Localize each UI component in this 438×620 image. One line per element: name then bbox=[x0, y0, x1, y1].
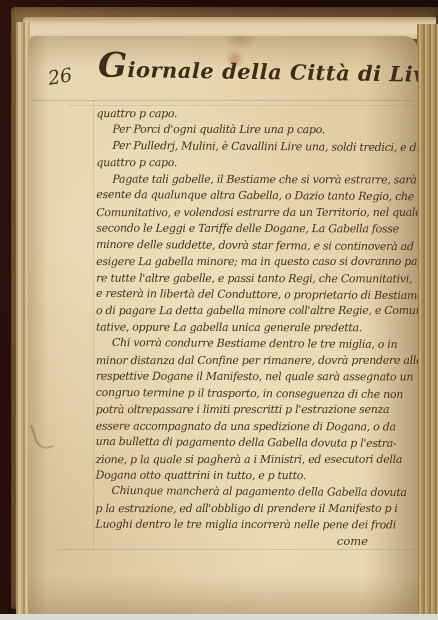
manuscript-line: una bulletta di pagamento della Gabella … bbox=[96, 434, 412, 453]
manuscript-line: secondo le Leggi e Tariffe delle Dogane,… bbox=[96, 221, 412, 238]
catchword: come bbox=[96, 534, 368, 548]
manuscript-line: essere accompagnato da una spedizione di… bbox=[96, 418, 412, 435]
manuscript-line: Per Porci d'ogni qualità Lire una p capo… bbox=[96, 122, 412, 139]
manuscript-line: Pagate tali gabelle, il Bestiame che si … bbox=[96, 171, 412, 188]
manuscript-line: p la estrazione, ed all'obbligo di prend… bbox=[95, 501, 411, 518]
page-title: Giornale della Città di Livorno bbox=[98, 46, 417, 91]
margin-ink-mark bbox=[30, 420, 54, 452]
folio-number: 26 bbox=[46, 64, 73, 90]
manuscript-line: Comunitativo, e volendosi estrarre da un… bbox=[96, 205, 412, 222]
photo-bottom-strip bbox=[0, 614, 438, 620]
manuscript-line: re tutte l'altre gabelle, e passi tanto … bbox=[96, 270, 412, 287]
manuscript-line: o di pagare La detta gabella minore coll… bbox=[96, 303, 412, 320]
manuscript-line: minore delle suddette, dovrà star ferma,… bbox=[96, 237, 412, 256]
manuscript-line: respettive Dogane il Manifesto, nel qual… bbox=[96, 369, 412, 386]
title-rule-line bbox=[32, 100, 414, 101]
manuscript-line: minor distanza dal Confine per rimanere,… bbox=[96, 353, 412, 370]
manuscript-line: esigere La gabella minore; ma in questo … bbox=[96, 254, 412, 271]
manuscript-photo: 26 Giornale della Città di Livorno quatt… bbox=[0, 0, 438, 620]
manuscript-line: tative, oppure La gabella unica generale… bbox=[96, 319, 412, 336]
manuscript-line: Chi vorrà condurre Bestiame dentro le tr… bbox=[96, 335, 412, 354]
manuscript-line: e resterà in libertà del Conduttore, o p… bbox=[96, 286, 412, 305]
manuscript-line: Luoghi dentro le tre miglia incorrerà ne… bbox=[95, 517, 411, 534]
manuscript-line: quattro p capo. bbox=[96, 155, 412, 172]
manuscript-line: zione, p la quale si pagherà a i Ministr… bbox=[96, 451, 412, 468]
manuscript-line: Per Pulledrj, Mulini, è Cavallini Lire u… bbox=[96, 138, 412, 157]
page-stack-edge-right bbox=[417, 24, 438, 614]
manuscript-line: quattro p capo. bbox=[97, 106, 413, 123]
left-margin-rule-line bbox=[93, 100, 94, 549]
manuscript-page: 26 Giornale della Città di Livorno quatt… bbox=[28, 36, 418, 614]
manuscript-line: potrà oltrepassare i limiti prescritti p… bbox=[96, 402, 412, 419]
manuscript-line: esente da qualunque altra Gabella, o Daz… bbox=[96, 187, 412, 206]
manuscript-lines: quattro p capo.Per Porci d'ogni qualità … bbox=[95, 106, 412, 535]
bottom-rule-line bbox=[58, 549, 414, 550]
manuscript-line: Chiunque mancherà al pagamento della Gab… bbox=[95, 483, 411, 502]
manuscript-line: congruo termine p il trasporto, in conse… bbox=[96, 385, 412, 404]
